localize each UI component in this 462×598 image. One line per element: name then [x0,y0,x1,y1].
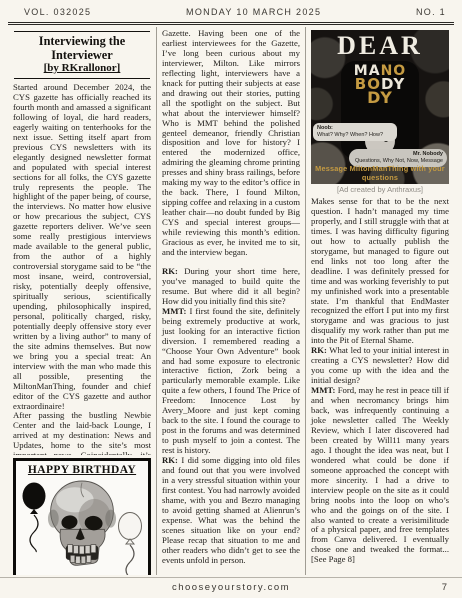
speaker-label: RK: [162,455,178,465]
qa-text: I first found the site, definitely being… [162,306,300,455]
site-url: chooseyourstory.com [0,578,462,598]
birthday-card-title: HAPPY BIRTHDAY [16,464,148,476]
ad-title: DEAR [311,30,449,59]
balloon-icon-black [20,481,48,553]
wordart-line: DY [341,91,419,104]
qa-paragraph: RK: I did some digging into old files an… [162,456,300,565]
speaker-label: RK: [162,266,178,276]
bubble-text: What? Why? When? How? [317,132,393,139]
speech-bubble-noob: Noob: What? Why? When? How? [313,123,397,141]
column-1: Interviewing the Interviewer [by RKrallo… [8,27,156,575]
issue-date: MONDAY 10 MARCH 2025 [186,7,321,18]
paragraph: Started around December 2024, the CYS ga… [13,83,151,411]
column-2: Gazette. Having been one of the earliest… [156,27,305,575]
qa-paragraph: MMT: Ford, may he rest in peace till if … [311,386,449,565]
article-headline-block: Interviewing the Interviewer [by RKrallo… [14,31,150,79]
column-1-text: Started around December 2024, the CYS ga… [13,83,151,455]
qa-text: Ford, may he rest in peace till if and w… [311,385,449,564]
article-byline: [by RKrallonor] [16,62,148,75]
bubble-speaker: Noob: [317,125,393,132]
ad-caption: [Ad created by Anthraxus] [311,184,449,196]
bubble-speaker: Mr. Nobody [353,151,443,158]
speaker-label: MMT: [311,385,335,395]
qa-paragraph: MMT: I first found the site, definitely … [162,307,300,456]
paragraph: After passing the bustling Newbie Center… [13,411,151,455]
speaker-label: RK: [311,345,327,355]
qa-text: I did some digging into old files and fo… [162,455,300,565]
qa-paragraph: RK: What led to your initial interest in… [311,346,449,386]
qa-text: What led to your initial interest in cre… [311,345,449,385]
advertisement-poster: DEAR MANO BODY DY Noob: What? Why? When?… [311,30,449,184]
masthead-divider [8,22,454,25]
page-footer: chooseyourstory.com 7 [0,577,462,598]
article-title: Interviewing the Interviewer [16,34,148,62]
paragraph: Gazette. Having been one of the earliest… [162,29,300,258]
masthead: VOL. 032025 MONDAY 10 MARCH 2025 NO. 1 [0,0,462,18]
qa-paragraph: RK: During your short time here, you’ve … [162,267,300,307]
speaker-label: MMT: [162,306,186,316]
column-3: DEAR MANO BODY DY Noob: What? Why? When?… [305,27,454,575]
skull-icon [39,476,125,572]
page-number: 7 [442,578,447,598]
issue-number: NO. 1 [416,7,446,18]
paragraph: Makes sense for that to be the next ques… [311,197,449,346]
balloon-icon-white [116,511,144,575]
article-columns: Interviewing the Interviewer [by RKrallo… [8,27,454,575]
birthday-card: HAPPY BIRTHDAY [13,458,151,575]
qa-text: During your short time here, you’ve mana… [162,266,300,306]
newspaper-page: VOL. 032025 MONDAY 10 MARCH 2025 NO. 1 I… [0,0,462,598]
volume-label: VOL. 032025 [24,7,91,18]
ad-call-to-action: Message MiltonManThing with your questio… [311,164,449,182]
